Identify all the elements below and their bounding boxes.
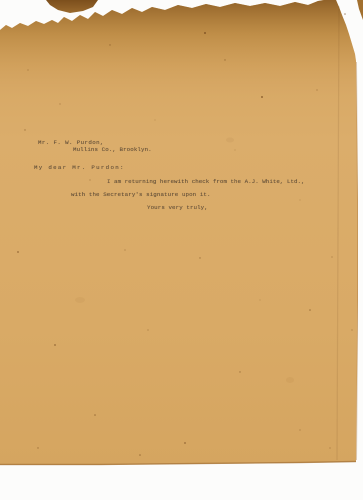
scanned-letter-photo: Mr. F. W. Purdon, Mullins Co., Brooklyn.…	[0, 0, 363, 500]
paper-top-stain	[0, 0, 356, 97]
torn-paper-fragment	[46, 0, 98, 13]
aged-paper	[0, 0, 363, 500]
torn-edge-sliver	[357, 0, 363, 20]
